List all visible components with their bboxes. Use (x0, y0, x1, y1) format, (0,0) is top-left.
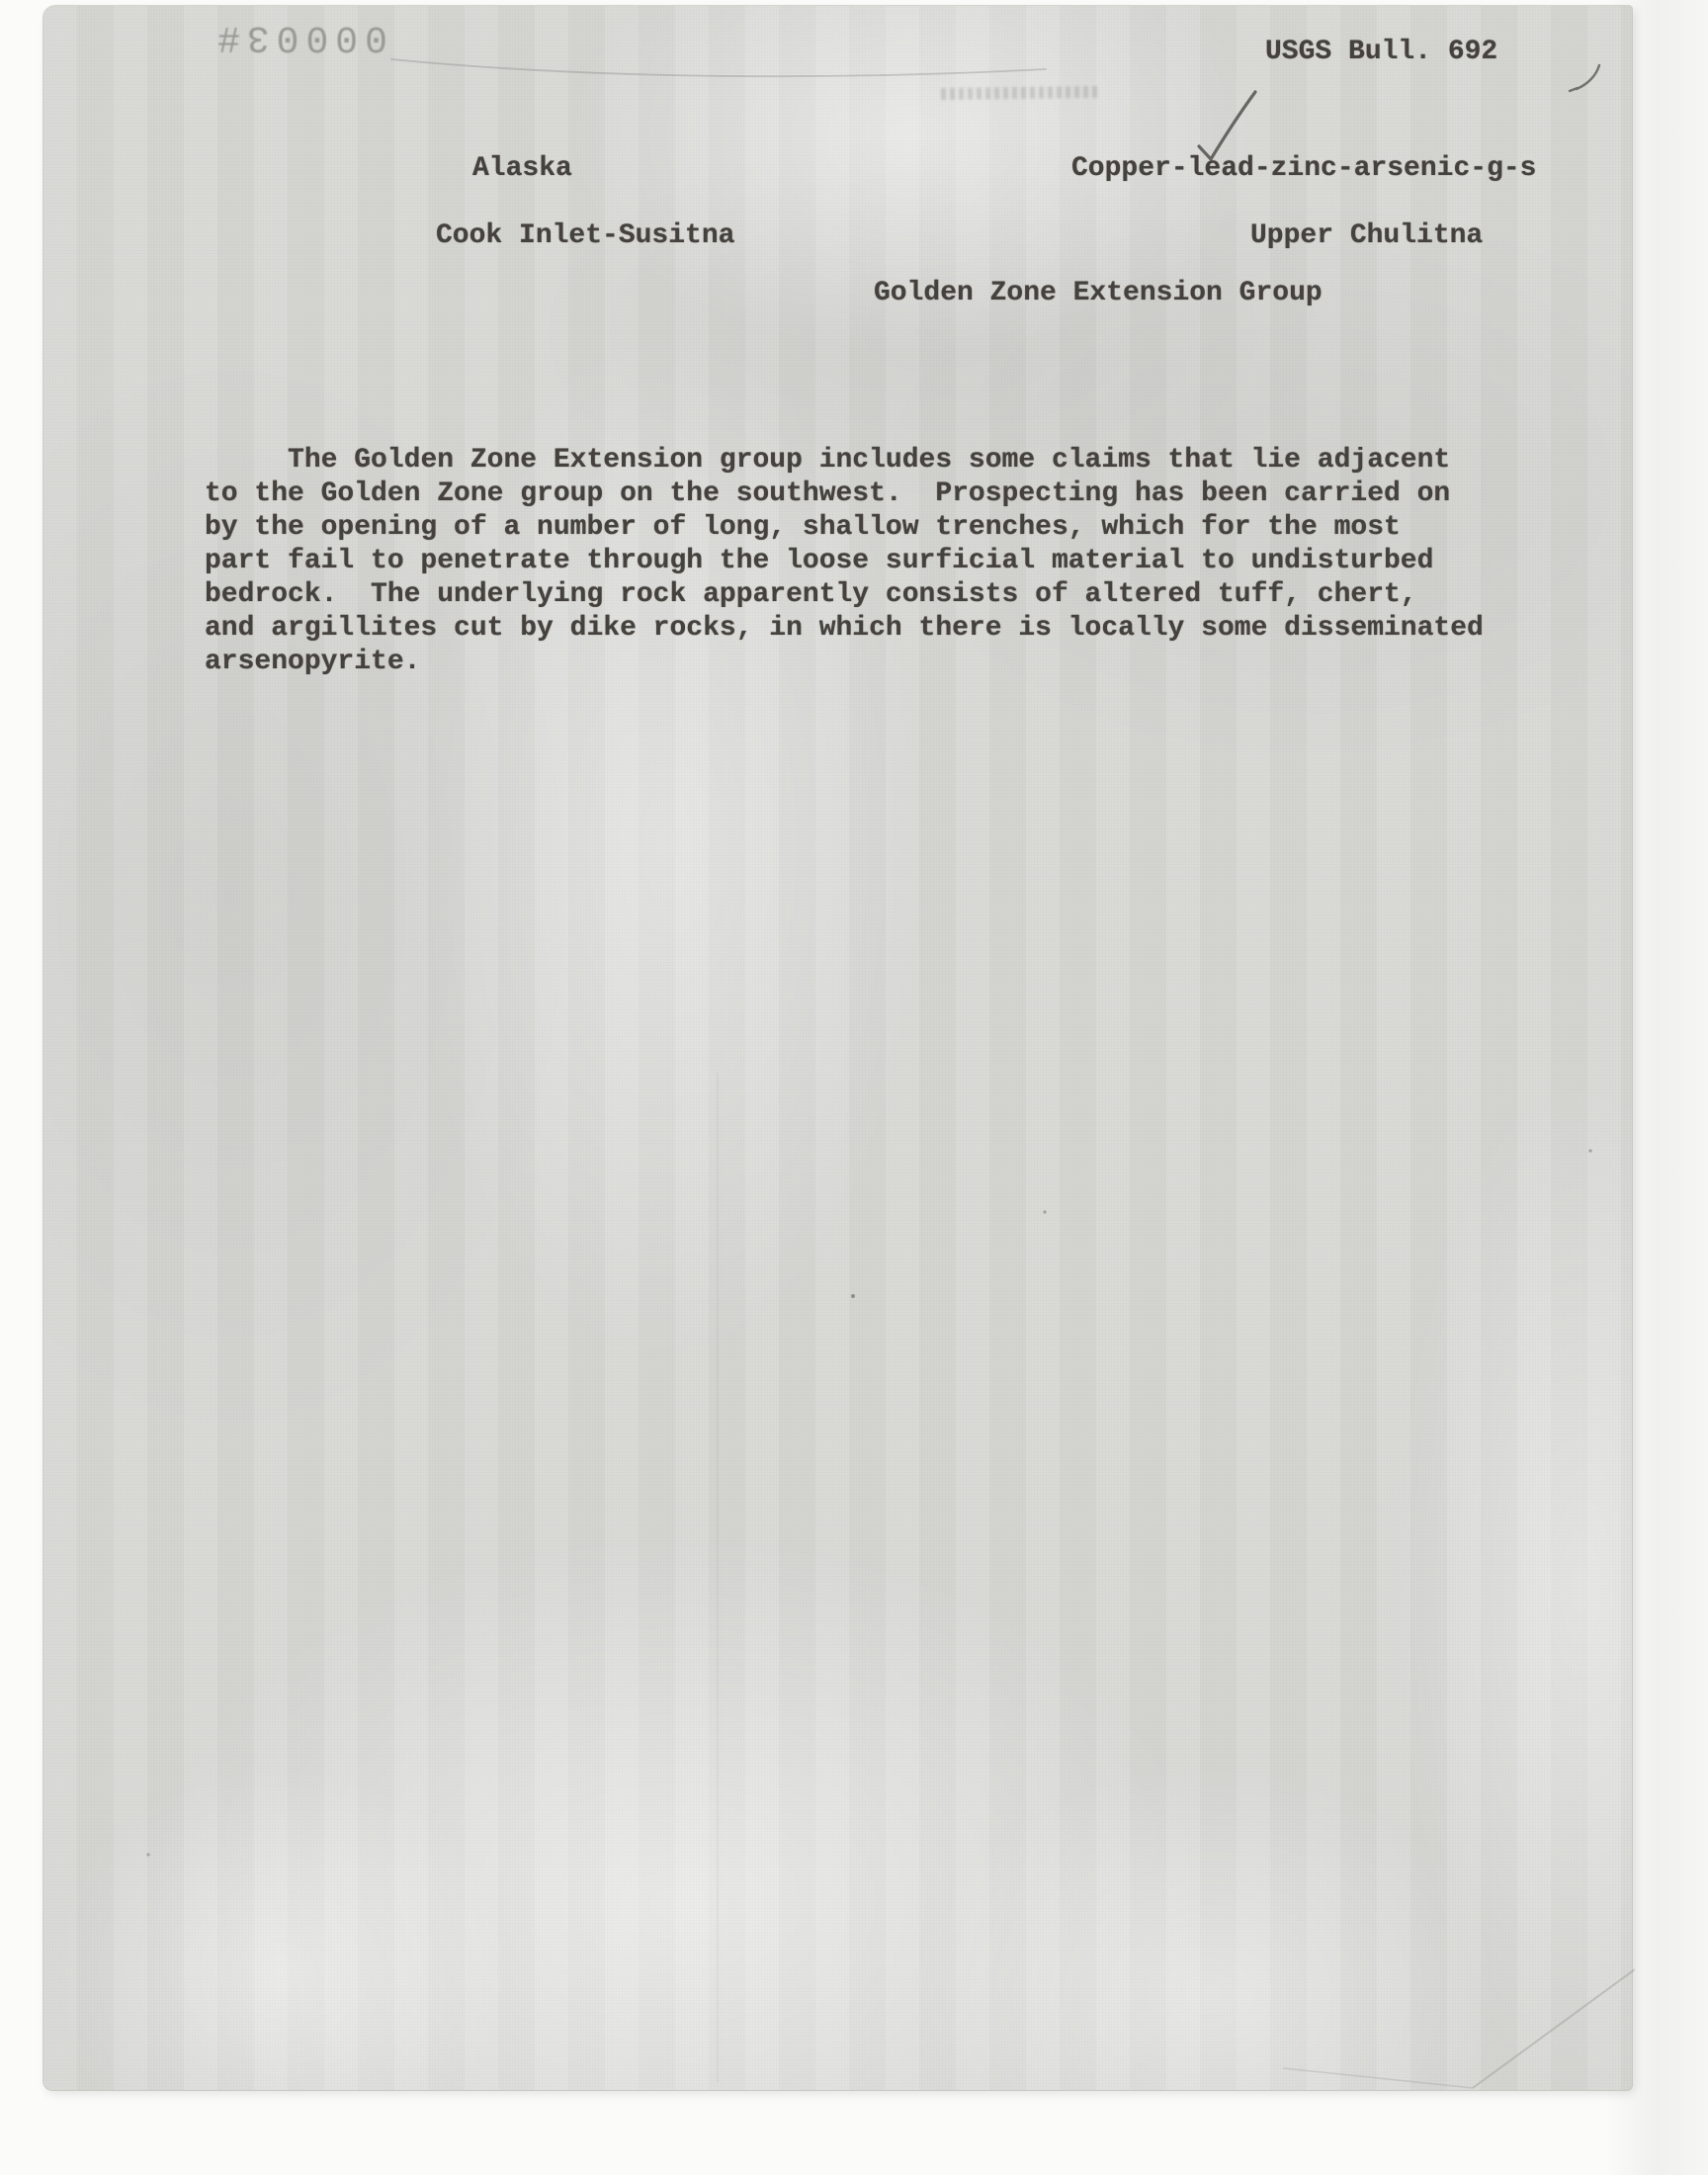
bleed-through-marks (941, 86, 1099, 100)
locality-label: Upper Chulitna (1250, 221, 1483, 251)
district-label: Cook Inlet-Susitna (436, 221, 734, 251)
commodities-label: Copper-lead-zinc-arsenic-g-s (1071, 154, 1536, 184)
inverted-stamp-number: 00003# (211, 12, 387, 61)
body-paragraph: The Golden Zone Extension group includes… (205, 444, 1519, 679)
paper-sheet (43, 6, 1632, 2090)
region-label: Alaska (472, 154, 572, 184)
claim-group-title: Golden Zone Extension Group (874, 279, 1323, 308)
scanned-document-scan: 00003# USGS Bull. 692 Alaska Copper-lead… (0, 0, 1708, 2175)
bulletin-reference: USGS Bull. 692 (1265, 38, 1497, 67)
